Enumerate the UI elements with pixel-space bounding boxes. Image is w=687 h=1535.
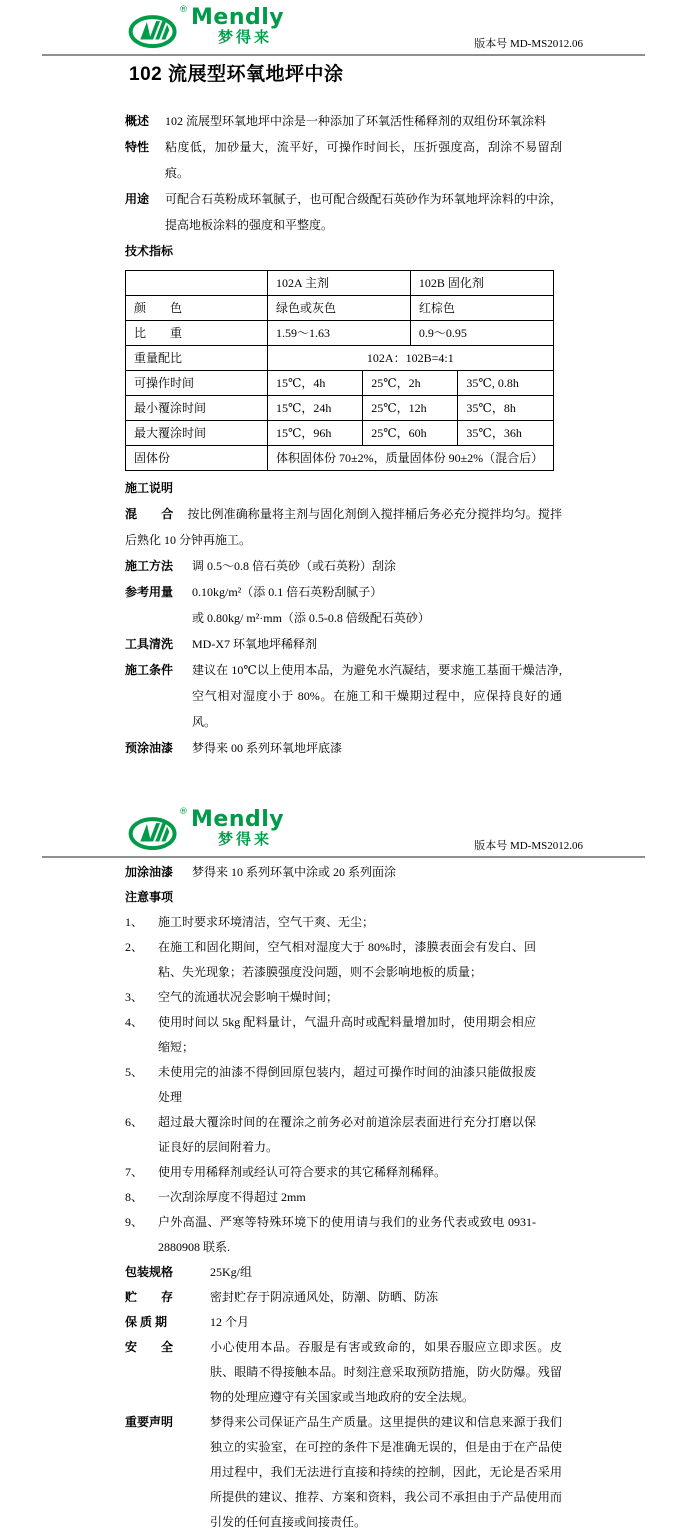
table-cell: 25℃，2h [363,371,458,396]
table-cell: 绿色或灰色 [268,296,411,321]
mixing-label: 混 合 [125,507,173,521]
table-row: 可操作时间 15℃，4h 25℃，2h 35℃, 0.8h [126,371,554,396]
table-row: 固体份 体积固体份 70±2%，质量固体份 90±2%（混合后） [126,446,554,471]
disclaimer-row: 重要声明 梦得来公司保证产品生产质量。这里提供的建议和信息来源于我们独立的实验室… [125,1410,562,1535]
list-item: 2、 在施工和固化期间，空气相对湿度大于 80%时，漆膜表面会有发白、回粘、失光… [125,935,562,985]
list-item: 8、 一次刮涂厚度不得超过 2mm [125,1185,562,1210]
mendly-ellipse-mark-icon [128,7,186,51]
list-item: 9、 户外高温、严寒等特殊环境下的使用请与我们的业务代表或致电 0931-288… [125,1210,562,1260]
note-number: 9、 [125,1210,158,1260]
table-cell [126,271,268,296]
storage-text: 密封贮存于阴凉通风处，防潮、防晒、防冻 [210,1285,562,1310]
notes-heading: 注意事项 [125,885,562,910]
primer-text: 梦得来 00 系列环氧地坪底漆 [192,735,562,761]
table-cell: 15℃，24h [268,396,363,421]
brand-logo: ® Mendly 梦得来 [128,809,284,853]
note-text: 使用时间以 5kg 配料量计，气温升高时或配料量增加时，使用期会相应缩短； [158,1010,536,1060]
primer-label: 预涂油漆 [125,735,192,761]
brand-logo: ® Mendly 梦得来 [128,7,284,51]
registered-trademark-icon: ® [179,807,188,817]
version-label: 版本号 MD-MS2012.06 [474,837,583,853]
tools-label: 工具清洗 [125,631,192,657]
overview-text: 102 流展型环氧地坪中涂是一种添加了环氧活性稀释剂的双组份环氧涂料 [165,108,562,134]
table-cell: 15℃，96h [268,421,363,446]
tech-heading: 技术指标 [125,238,562,264]
shelf-life-label: 保 质 期 [125,1310,210,1335]
brand-name-cn: 梦得来 [218,831,284,849]
dosage-line-1: 0.10kg/m²（添 0.1 倍石英粉刮腻子） [192,579,562,605]
page2-content: 加涂油漆 梦得来 10 系列环氧中涂或 20 系列面涂 注意事项 1、 施工时要… [125,860,562,1535]
note-text: 户外高温、严寒等特殊环境下的使用请与我们的业务代表或致电 0931-288090… [158,1210,536,1260]
brand-name-en: Mendly [191,809,284,831]
table-cell: 15℃，4h [268,371,363,396]
dosage-row: 参考用量 0.10kg/m²（添 0.1 倍石英粉刮腻子） 或 0.80kg/ … [125,579,562,631]
table-cell: 红棕色 [410,296,553,321]
topcoat-row: 加涂油漆 梦得来 10 系列环氧中涂或 20 系列面涂 [125,860,562,885]
construction-heading: 施工说明 [125,475,562,501]
table-row: 102A 主剂 102B 固化剂 [126,271,554,296]
tools-text: MD-X7 环氧地坪稀释剂 [192,631,562,657]
table-row: 最小覆涂时间 15℃，24h 25℃，12h 35℃，8h [126,396,554,421]
list-item: 3、 空气的流通状况会影响干燥时间； [125,985,562,1010]
doc-title: 102 流展型环氧地坪中涂 [129,59,343,86]
table-cell: 102A 主剂 [268,271,411,296]
table-row: 颜 色 绿色或灰色 红棕色 [126,296,554,321]
features-label: 特性 [125,134,165,186]
method-label: 施工方法 [125,553,192,579]
note-number: 5、 [125,1060,158,1110]
table-cell: 比 重 [126,321,268,346]
notes-list: 1、 施工时要求环境清洁，空气干爽、无尘； 2、 在施工和固化期间，空气相对湿度… [125,910,562,1260]
note-number: 8、 [125,1185,158,1210]
dosage-label: 参考用量 [125,579,192,631]
table-cell: 102B 固化剂 [410,271,553,296]
table-row: 最大覆涂时间 15℃，96h 25℃，60h 35℃，36h [126,421,554,446]
usage-text: 可配合石英粉成环氧腻子，也可配合级配石英砂作为环氧地坪涂料的中涂，提高地板涂料的… [165,186,562,238]
note-text: 未使用完的油漆不得倒回原包装内，超过可操作时间的油漆只能做报废处理 [158,1060,536,1110]
note-number: 3、 [125,985,158,1010]
features-row: 特性 粘度低，加砂量大，流平好，可操作时间长，压折强度高，刮涂不易留刮痕。 [125,134,562,186]
note-text: 使用专用稀释剂或经认可符合要求的其它稀释剂稀释。 [158,1160,536,1185]
table-row: 重量配比 102A：102B=4:1 [126,346,554,371]
header-rule [42,54,645,56]
method-text: 调 0.5～0.8 倍石英砂（或石英粉）刮涂 [192,553,562,579]
storage-row: 贮 存 密封贮存于阴凉通风处，防潮、防晒、防冻 [125,1285,562,1310]
safety-row: 安 全 小心使用本品。吞服是有害或致命的，如果吞服应立即求医。皮肤、眼睛不得接触… [125,1335,562,1410]
table-cell: 35℃，8h [458,396,553,421]
table-cell: 25℃，60h [363,421,458,446]
table-cell: 固体份 [126,446,268,471]
note-number: 4、 [125,1010,158,1060]
table-cell: 体积固体份 70±2%，质量固体份 90±2%（混合后） [268,446,554,471]
topcoat-label: 加涂油漆 [125,860,192,885]
brand-name-en: Mendly [191,7,284,29]
table-cell: 102A：102B=4:1 [268,346,554,371]
header-rule [42,856,645,858]
note-text: 空气的流通状况会影响干燥时间； [158,985,536,1010]
note-text: 一次刮涂厚度不得超过 2mm [158,1185,536,1210]
version-label: 版本号 MD-MS2012.06 [474,35,583,51]
list-item: 1、 施工时要求环境清洁，空气干爽、无尘； [125,910,562,935]
table-cell: 35℃, 0.8h [458,371,553,396]
mendly-logo-icon: ® [128,7,186,51]
packing-row: 包装规格 25Kg/组 [125,1260,562,1285]
conditions-row: 施工条件 建议在 10℃以上使用本品，为避免水汽凝结，要求施工基面干燥洁净, 空… [125,657,562,735]
table-cell: 35℃，36h [458,421,553,446]
dosage-text: 0.10kg/m²（添 0.1 倍石英粉刮腻子） 或 0.80kg/ m²·mm… [192,579,562,631]
note-number: 6、 [125,1110,158,1160]
brand-wordmark: Mendly 梦得来 [191,809,284,849]
note-number: 7、 [125,1160,158,1185]
conditions-label: 施工条件 [125,657,192,735]
list-item: 4、 使用时间以 5kg 配料量计，气温升高时或配料量增加时，使用期会相应缩短； [125,1010,562,1060]
method-row: 施工方法 调 0.5～0.8 倍石英砂（或石英粉）刮涂 [125,553,562,579]
usage-row: 用途 可配合石英粉成环氧腻子，也可配合级配石英砂作为环氧地坪涂料的中涂，提高地板… [125,186,562,238]
table-cell: 25℃，12h [363,396,458,421]
note-number: 1、 [125,910,158,935]
overview-label: 概述 [125,108,165,134]
brand-name-cn: 梦得来 [218,29,284,47]
page1-content: 概述 102 流展型环氧地坪中涂是一种添加了环氧活性稀释剂的双组份环氧涂料 特性… [125,108,562,761]
packing-text: 25Kg/组 [210,1260,562,1285]
safety-text: 小心使用本品。吞服是有害或致命的，如果吞服应立即求医。皮肤、眼睛不得接触本品。时… [210,1335,562,1410]
mixing-text: 按比例准确称量将主剂与固化剂倒入搅拌桶后务必充分搅拌均匀。搅拌后熟化 10 分钟… [125,507,562,547]
safety-label: 安 全 [125,1335,210,1410]
shelf-life-row: 保 质 期 12 个月 [125,1310,562,1335]
mendly-ellipse-mark-icon [128,809,186,853]
packing-label: 包装规格 [125,1260,210,1285]
table-cell: 重量配比 [126,346,268,371]
mendly-logo-icon: ® [128,809,186,853]
note-text: 在施工和固化期间，空气相对湿度大于 80%时，漆膜表面会有发白、回粘、失光现象；… [158,935,536,985]
note-number: 2、 [125,935,158,985]
list-item: 5、 未使用完的油漆不得倒回原包装内，超过可操作时间的油漆只能做报废处理 [125,1060,562,1110]
table-cell: 最小覆涂时间 [126,396,268,421]
table-cell: 0.9～0.95 [410,321,553,346]
table-cell: 1.59～1.63 [268,321,411,346]
topcoat-text: 梦得来 10 系列环氧中涂或 20 系列面涂 [192,860,562,885]
mixing-para: 混 合按比例准确称量将主剂与固化剂倒入搅拌桶后务必充分搅拌均匀。搅拌后熟化 10… [125,501,562,553]
page-2: ® Mendly 梦得来 版本号 MD-MS2012.06 加涂油漆 梦得来 1… [0,802,687,1535]
dosage-line-2: 或 0.80kg/ m²·mm（添 0.5-0.8 倍级配石英砂） [192,605,562,631]
table-cell: 可操作时间 [126,371,268,396]
table-row: 比 重 1.59～1.63 0.9～0.95 [126,321,554,346]
tools-row: 工具清洗 MD-X7 环氧地坪稀释剂 [125,631,562,657]
brand-wordmark: Mendly 梦得来 [191,7,284,47]
disclaimer-label: 重要声明 [125,1410,210,1535]
tech-table: 102A 主剂 102B 固化剂 颜 色 绿色或灰色 红棕色 比 重 1.59～… [125,270,554,471]
features-text: 粘度低，加砂量大，流平好，可操作时间长，压折强度高，刮涂不易留刮痕。 [165,134,562,186]
shelf-life-text: 12 个月 [210,1310,562,1335]
note-text: 施工时要求环境清洁，空气干爽、无尘； [158,910,536,935]
list-item: 7、 使用专用稀释剂或经认可符合要求的其它稀释剂稀释。 [125,1160,562,1185]
usage-label: 用途 [125,186,165,238]
disclaimer-text: 梦得来公司保证产品生产质量。这里提供的建议和信息来源于我们独立的实验室，在可控的… [210,1410,562,1535]
table-cell: 颜 色 [126,296,268,321]
table-cell: 最大覆涂时间 [126,421,268,446]
list-item: 6、 超过最大覆涂时间的在覆涂之前务必对前道涂层表面进行充分打磨以保证良好的层间… [125,1110,562,1160]
conditions-text: 建议在 10℃以上使用本品，为避免水汽凝结，要求施工基面干燥洁净, 空气相对湿度… [192,657,562,735]
primer-row: 预涂油漆 梦得来 00 系列环氧地坪底漆 [125,735,562,761]
note-text: 超过最大覆涂时间的在覆涂之前务必对前道涂层表面进行充分打磨以保证良好的层间附着力… [158,1110,536,1160]
overview-row: 概述 102 流展型环氧地坪中涂是一种添加了环氧活性稀释剂的双组份环氧涂料 [125,108,562,134]
storage-label: 贮 存 [125,1285,210,1310]
registered-trademark-icon: ® [179,5,188,15]
page-1: ® Mendly 梦得来 版本号 MD-MS2012.06 102 流展型环氧地… [0,0,687,802]
